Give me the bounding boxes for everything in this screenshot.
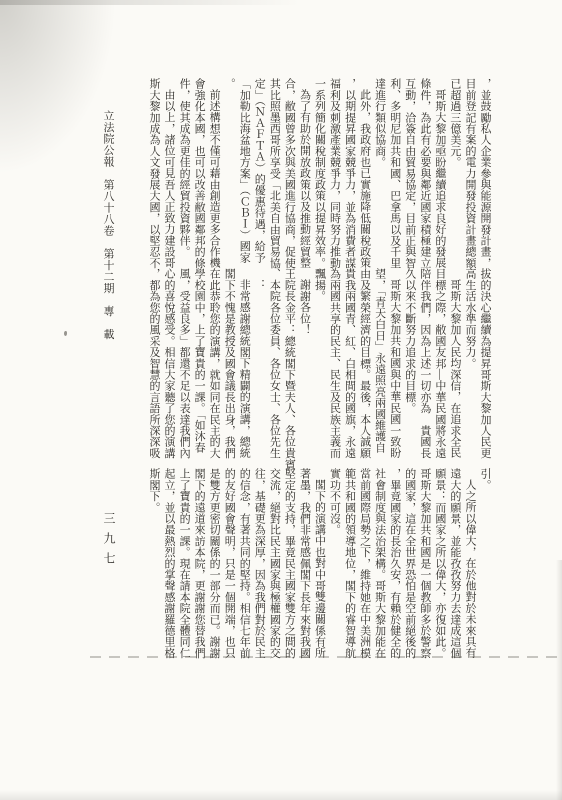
text-column: 件，使其成為更佳的經貿投資夥伴。 xyxy=(176,78,191,276)
text-column: 心的喜悅感受。相信大家聽了您的演講 xyxy=(161,268,176,466)
text-column: 實功不可沒。 xyxy=(326,468,341,666)
text-column: 互動，洽簽自由貿易協定，目前正與智 xyxy=(402,78,417,276)
text-column: 「加勒比海盆地方案」（ＣＢＩ）國家 xyxy=(236,78,251,276)
margin-header: 立法院公報 第八十八卷 第十二期 專 載 xyxy=(99,110,117,340)
text-column: 哥斯大黎加人民均深信，在追求全民 xyxy=(447,268,462,477)
text-column: 當前國際局勢之下，維持她在中美洲模 xyxy=(357,468,372,666)
text-column: 引。 xyxy=(477,468,492,666)
text-column: 。 xyxy=(221,78,236,276)
text-column: 社會制度與法治架構。哥斯大黎加能在 xyxy=(372,468,387,666)
text-column: 其比照墨西哥所享受「北美自由貿易協 xyxy=(266,78,281,276)
text-column: 哥斯大黎加共和國與中華民國一致盼 xyxy=(387,268,402,477)
text-column: 已超過三億美元。 xyxy=(447,78,462,276)
text-column: 的信念，有著共同的堅持。相信七年前 xyxy=(236,468,251,666)
text-column: 範共和國的領導地位，閣下的睿智導航 xyxy=(342,468,357,666)
text-column: 由以上，諸位可見吾人正致力建設哥 xyxy=(161,78,176,287)
text-column: 前述構想不僅可藉由創造更多合作機 xyxy=(206,78,221,287)
text-column: 非常感謝總統閣下精闢的演講，總統 xyxy=(236,268,251,477)
text-column: 風，受益良多」都還不足以表達我們內 xyxy=(176,268,191,466)
text-column: 目標之際，敝國友邦—中華民國將永遠 xyxy=(432,268,447,466)
text-column: 閣下不愧是教授及國會議長出身，我們 xyxy=(221,268,236,466)
text-column: 利、多明尼加共和國、巴拿馬以及千里 xyxy=(387,78,402,276)
text-column: 哥斯大黎加共和國是一個教師多於警察 xyxy=(417,468,432,666)
text-column: 達進行類似協商。 xyxy=(372,78,387,276)
text-column: 高生活水準而努力。 xyxy=(462,268,477,466)
text-column: 遠大的願景，並能孜孜努力去達成這個 xyxy=(447,468,462,666)
text-column: 哥斯大黎加亟盼繼續追求良好的發展 xyxy=(432,78,447,287)
text-column: 王院長金平：總統閣下暨夫人、各位貴賓 xyxy=(281,268,296,466)
text-column: 著墨，我們非常感佩閣下長年來對我國 xyxy=(296,468,311,666)
text-column: 陪伴我們，因為上述一切亦為 貴國長 xyxy=(417,268,432,466)
text-column: 閣下的演講中也對中哥雙邊關係有所 xyxy=(311,468,326,677)
text-column: 由及繁榮經濟的目標。最後，本人誠願 xyxy=(357,268,372,466)
text-column: 起立，並以最熱烈的掌聲感謝羅德里格 xyxy=(161,468,176,666)
text-column: 拔的決心繼續為提昇哥斯大黎加人民更 xyxy=(477,268,492,466)
text-column: 此外，我政府也已實施降低關稅政策 xyxy=(357,78,372,287)
scan-fold-line xyxy=(90,656,558,658)
text-column: 的國家，這在全世界恐怕是空前絕後的 xyxy=(402,468,417,666)
scan-bottom-edge-shade xyxy=(0,790,562,800)
text-column: 往，基礎更為深厚，因為我們對於民主 xyxy=(251,468,266,666)
scan-top-edge-shade xyxy=(0,0,300,5)
text-column: 為了有助於開放政策以及推動經貿整 xyxy=(296,78,311,287)
text-column: 交流，絕對比民主國家與極權國家的交 xyxy=(266,468,281,666)
text-column: 斯大黎加成為人文發展大國，以堅忍不 xyxy=(146,78,161,276)
text-column: 一系列簡化關稅制度政策以提昇效率。 xyxy=(311,78,326,276)
text-column: 閣下的遠道來訪本院，更謝謝您替我們 xyxy=(191,468,206,666)
text-column: ，並鼓勵私人企業參與能源開發計畫， xyxy=(477,78,492,276)
text-column: ，以期提昇國家競爭力，並為消費者謀 xyxy=(342,78,357,276)
text-column: 願景：而國家之所以偉大，亦復如此。 xyxy=(432,468,447,666)
text-column: 福利及刺激產業競爭力，同時努力推動 xyxy=(326,78,341,276)
text-column: 久以來不斷努力追求的目標。 xyxy=(402,268,417,466)
text-column: 、本院各位委員、各位女士、各位先生 xyxy=(266,268,281,466)
text-column: 飄揚。 xyxy=(311,268,326,466)
text-column: 為兩國共享的民主、民生及民族主義而 xyxy=(326,268,341,466)
text-band-top: ，並鼓勵私人企業參與能源開發計畫，目前登記有案的電力開發投資計畫總額已超過三億美… xyxy=(146,78,492,278)
text-column: ： xyxy=(251,268,266,477)
text-column: 人之所以偉大，在於他對於未來具有 xyxy=(462,468,477,677)
page-number: 三九七 xyxy=(100,512,118,572)
scan-right-edge-shade xyxy=(556,560,562,800)
text-column: 條件，為此有必要與鄰近國家積極建立 xyxy=(417,78,432,276)
text-column: 斯閣下。 xyxy=(146,468,161,666)
text-column: 貴我兩國青、紅、白相間的國旗，永遠 xyxy=(342,268,357,466)
text-column: 望，「青天白日」永遠照亮兩國維護自 xyxy=(372,268,387,466)
text-column: 合，敝國曾多次與美國進行協商，促使 xyxy=(281,78,296,276)
text-column: 會強化本國，也可以改善敝國鄰邦的條 xyxy=(191,78,206,276)
text-column: 堅定的支持，畢竟民主國家雙方之間的 xyxy=(281,468,296,666)
text-column: ，畢竟國家的長治久安，有賴於健全的 xyxy=(387,468,402,666)
text-column: 謝謝各位！ xyxy=(296,268,311,477)
text-column: 在此恭聆您的演講，就如同在民主的大 xyxy=(206,268,221,466)
scan-speck xyxy=(64,331,67,336)
text-column: 上了寶貴的一課。現在請本院全體同仁 xyxy=(176,468,191,666)
text-column: 目前登記有案的電力開發投資計畫總額 xyxy=(462,78,477,276)
text-band-middle: 拔的決心繼續為提昇哥斯大黎加人民更高生活水準而努力。哥斯大黎加人民均深信，在追求… xyxy=(146,268,492,468)
text-column: 定」（ＮＡＦＴＡ）的優惠待遇，給予 xyxy=(251,78,266,276)
text-column: ，都為您的風采及智慧的言語所深深吸 xyxy=(146,268,161,466)
text-column: 的友好國會聲明，只是一個開端，也只 xyxy=(221,468,236,666)
gazette-page: 立法院公報 第八十八卷 第十二期 專 載 三九七 ，並鼓勵私人企業參與能源開發計… xyxy=(0,0,562,800)
text-column: 學校園中，上了寶貴的一課。「如沐春 xyxy=(191,268,206,466)
text-column: 是雙方更密切關係的一部分而已。謝謝 xyxy=(206,468,221,666)
text-band-bottom: 引。人之所以偉大，在於他對於未來具有遠大的願景，並能孜孜努力去達成這個願景：而國… xyxy=(146,468,492,668)
